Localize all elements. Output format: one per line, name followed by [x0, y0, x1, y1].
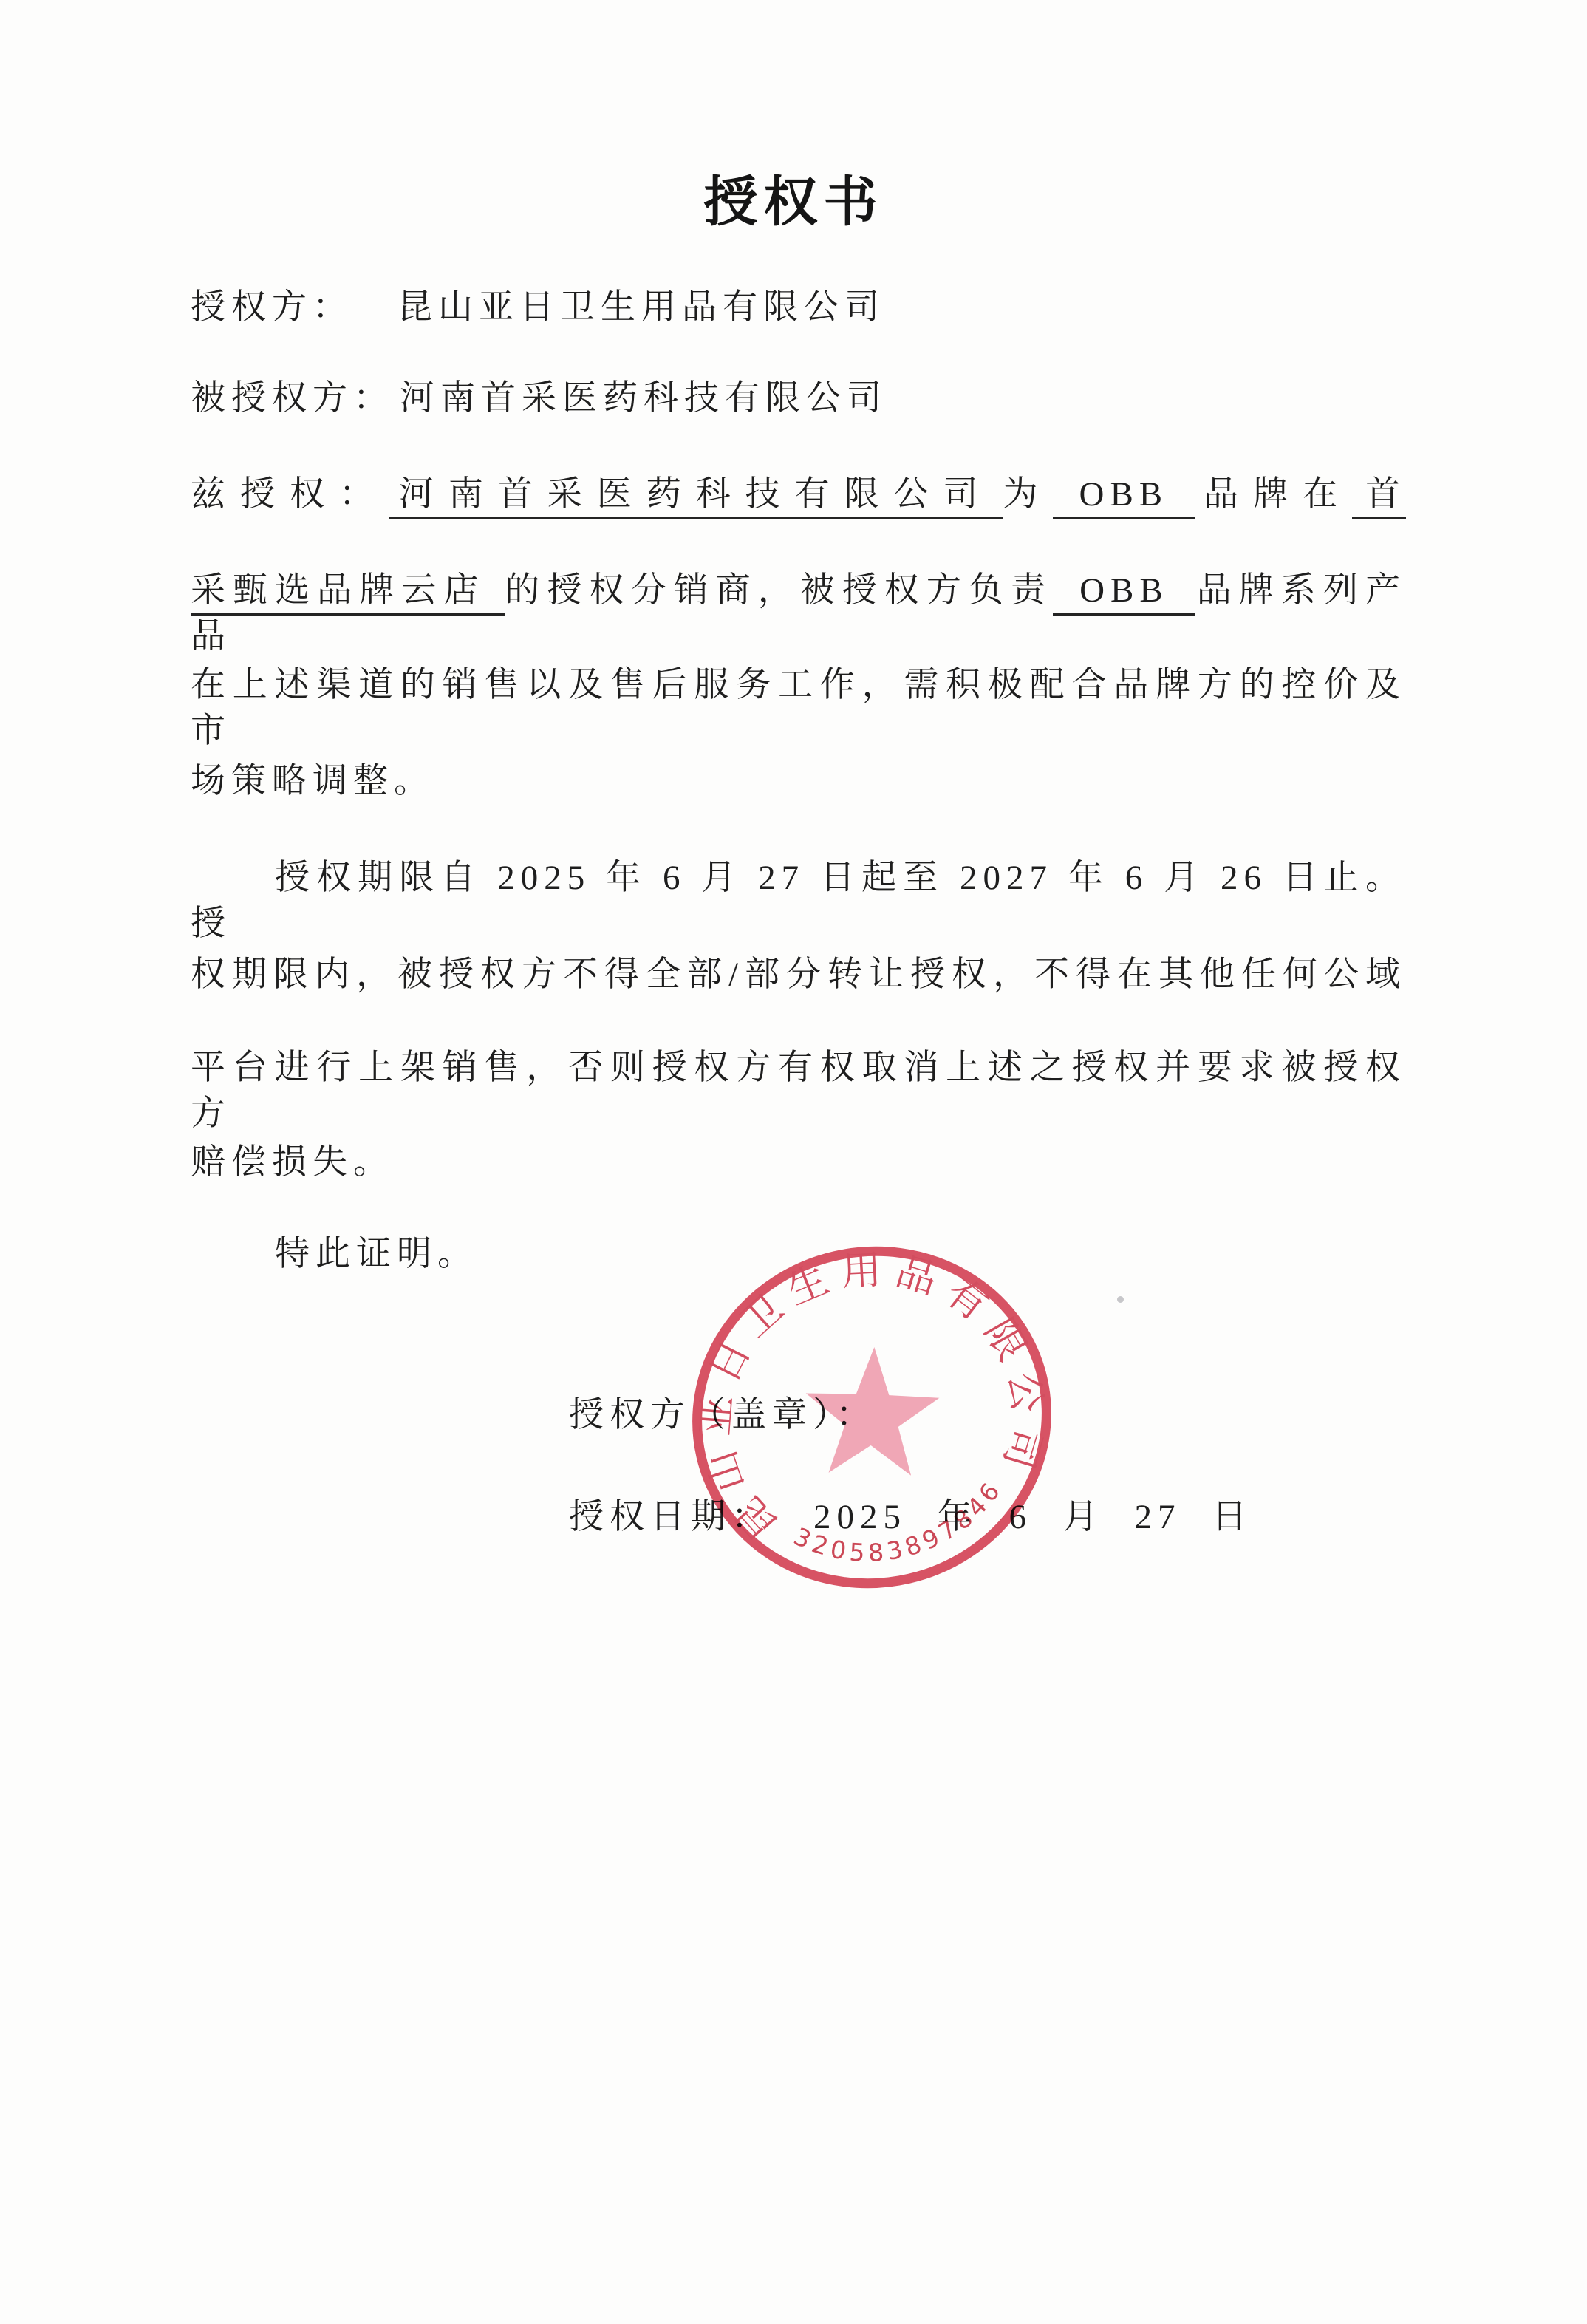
grant-line-4: 场策略调整。	[191, 758, 1406, 804]
authorizee-label: 被授权方：	[191, 379, 394, 418]
document-sheet: 授权书 授权方：昆山亚日卫生用品有限公司 被授权方：河南首采医药科技有限公司 兹…	[0, 0, 1587, 2324]
closing-line: 特此证明。	[191, 1231, 1406, 1277]
scan-noise-dot	[1117, 1296, 1124, 1303]
grant-mid-3: 的授权分销商，被授权方负责	[505, 571, 1053, 610]
term-line-2: 权期限内，被授权方不得全部/部分转让授权，不得在其他任何公域	[191, 952, 1406, 998]
grant-line-2: 采甄选品牌云店的授权分销商，被授权方负责OBB品牌系列产品	[191, 568, 1406, 659]
grant-prefix: 兹授权：	[191, 475, 389, 514]
grant-brand-underlined-2: OBB	[1053, 571, 1195, 616]
date-line: 授权日期：2025 年 6 月 27 日	[569, 1494, 1404, 1540]
scanned-authorization-letter: { "page": { "background": "#fdfdfc", "te…	[0, 0, 1587, 2324]
grant-line-1: 兹授权：河南首采医药科技有限公司为OBB品牌在首	[191, 471, 1406, 517]
authorizee-name: 河南首采医药科技有限公司	[400, 379, 887, 418]
grant-mid-2: 品牌在	[1195, 475, 1352, 514]
term-line-1: 授权期限自 2025 年 6 月 27 日起至 2027 年 6 月 26 日止…	[191, 855, 1406, 947]
grant-store-underlined-start: 首	[1352, 475, 1406, 519]
seal-label-line: 授权方（盖章）：	[569, 1392, 1404, 1438]
authorizer-name: 昆山亚日卫生用品有限公司	[397, 288, 885, 327]
document-title: 授权书	[0, 158, 1587, 236]
grant-store-underlined-end: 采甄选品牌云店	[191, 571, 505, 616]
grant-brand-underlined: OBB	[1053, 475, 1195, 519]
grant-mid-1: 为	[1003, 475, 1053, 514]
authorizer-line: 授权方：昆山亚日卫生用品有限公司	[191, 284, 1406, 330]
term-line-4: 赔偿损失。	[191, 1139, 1406, 1185]
authorizer-label: 授权方：	[191, 288, 353, 327]
grant-line-3: 在上述渠道的销售以及售后服务工作，需积极配合品牌方的控价及市	[191, 662, 1406, 754]
date-label: 授权日期：	[569, 1498, 772, 1536]
date-value: 2025 年 6 月 27 日	[813, 1498, 1252, 1536]
term-line-3: 平台进行上架销售，否则授权方有权取消上述之授权并要求被授权方	[191, 1045, 1406, 1137]
grant-authorizee-underlined: 河南首采医药科技有限公司	[389, 475, 1003, 519]
authorizee-line: 被授权方：河南首采医药科技有限公司	[191, 375, 1406, 421]
